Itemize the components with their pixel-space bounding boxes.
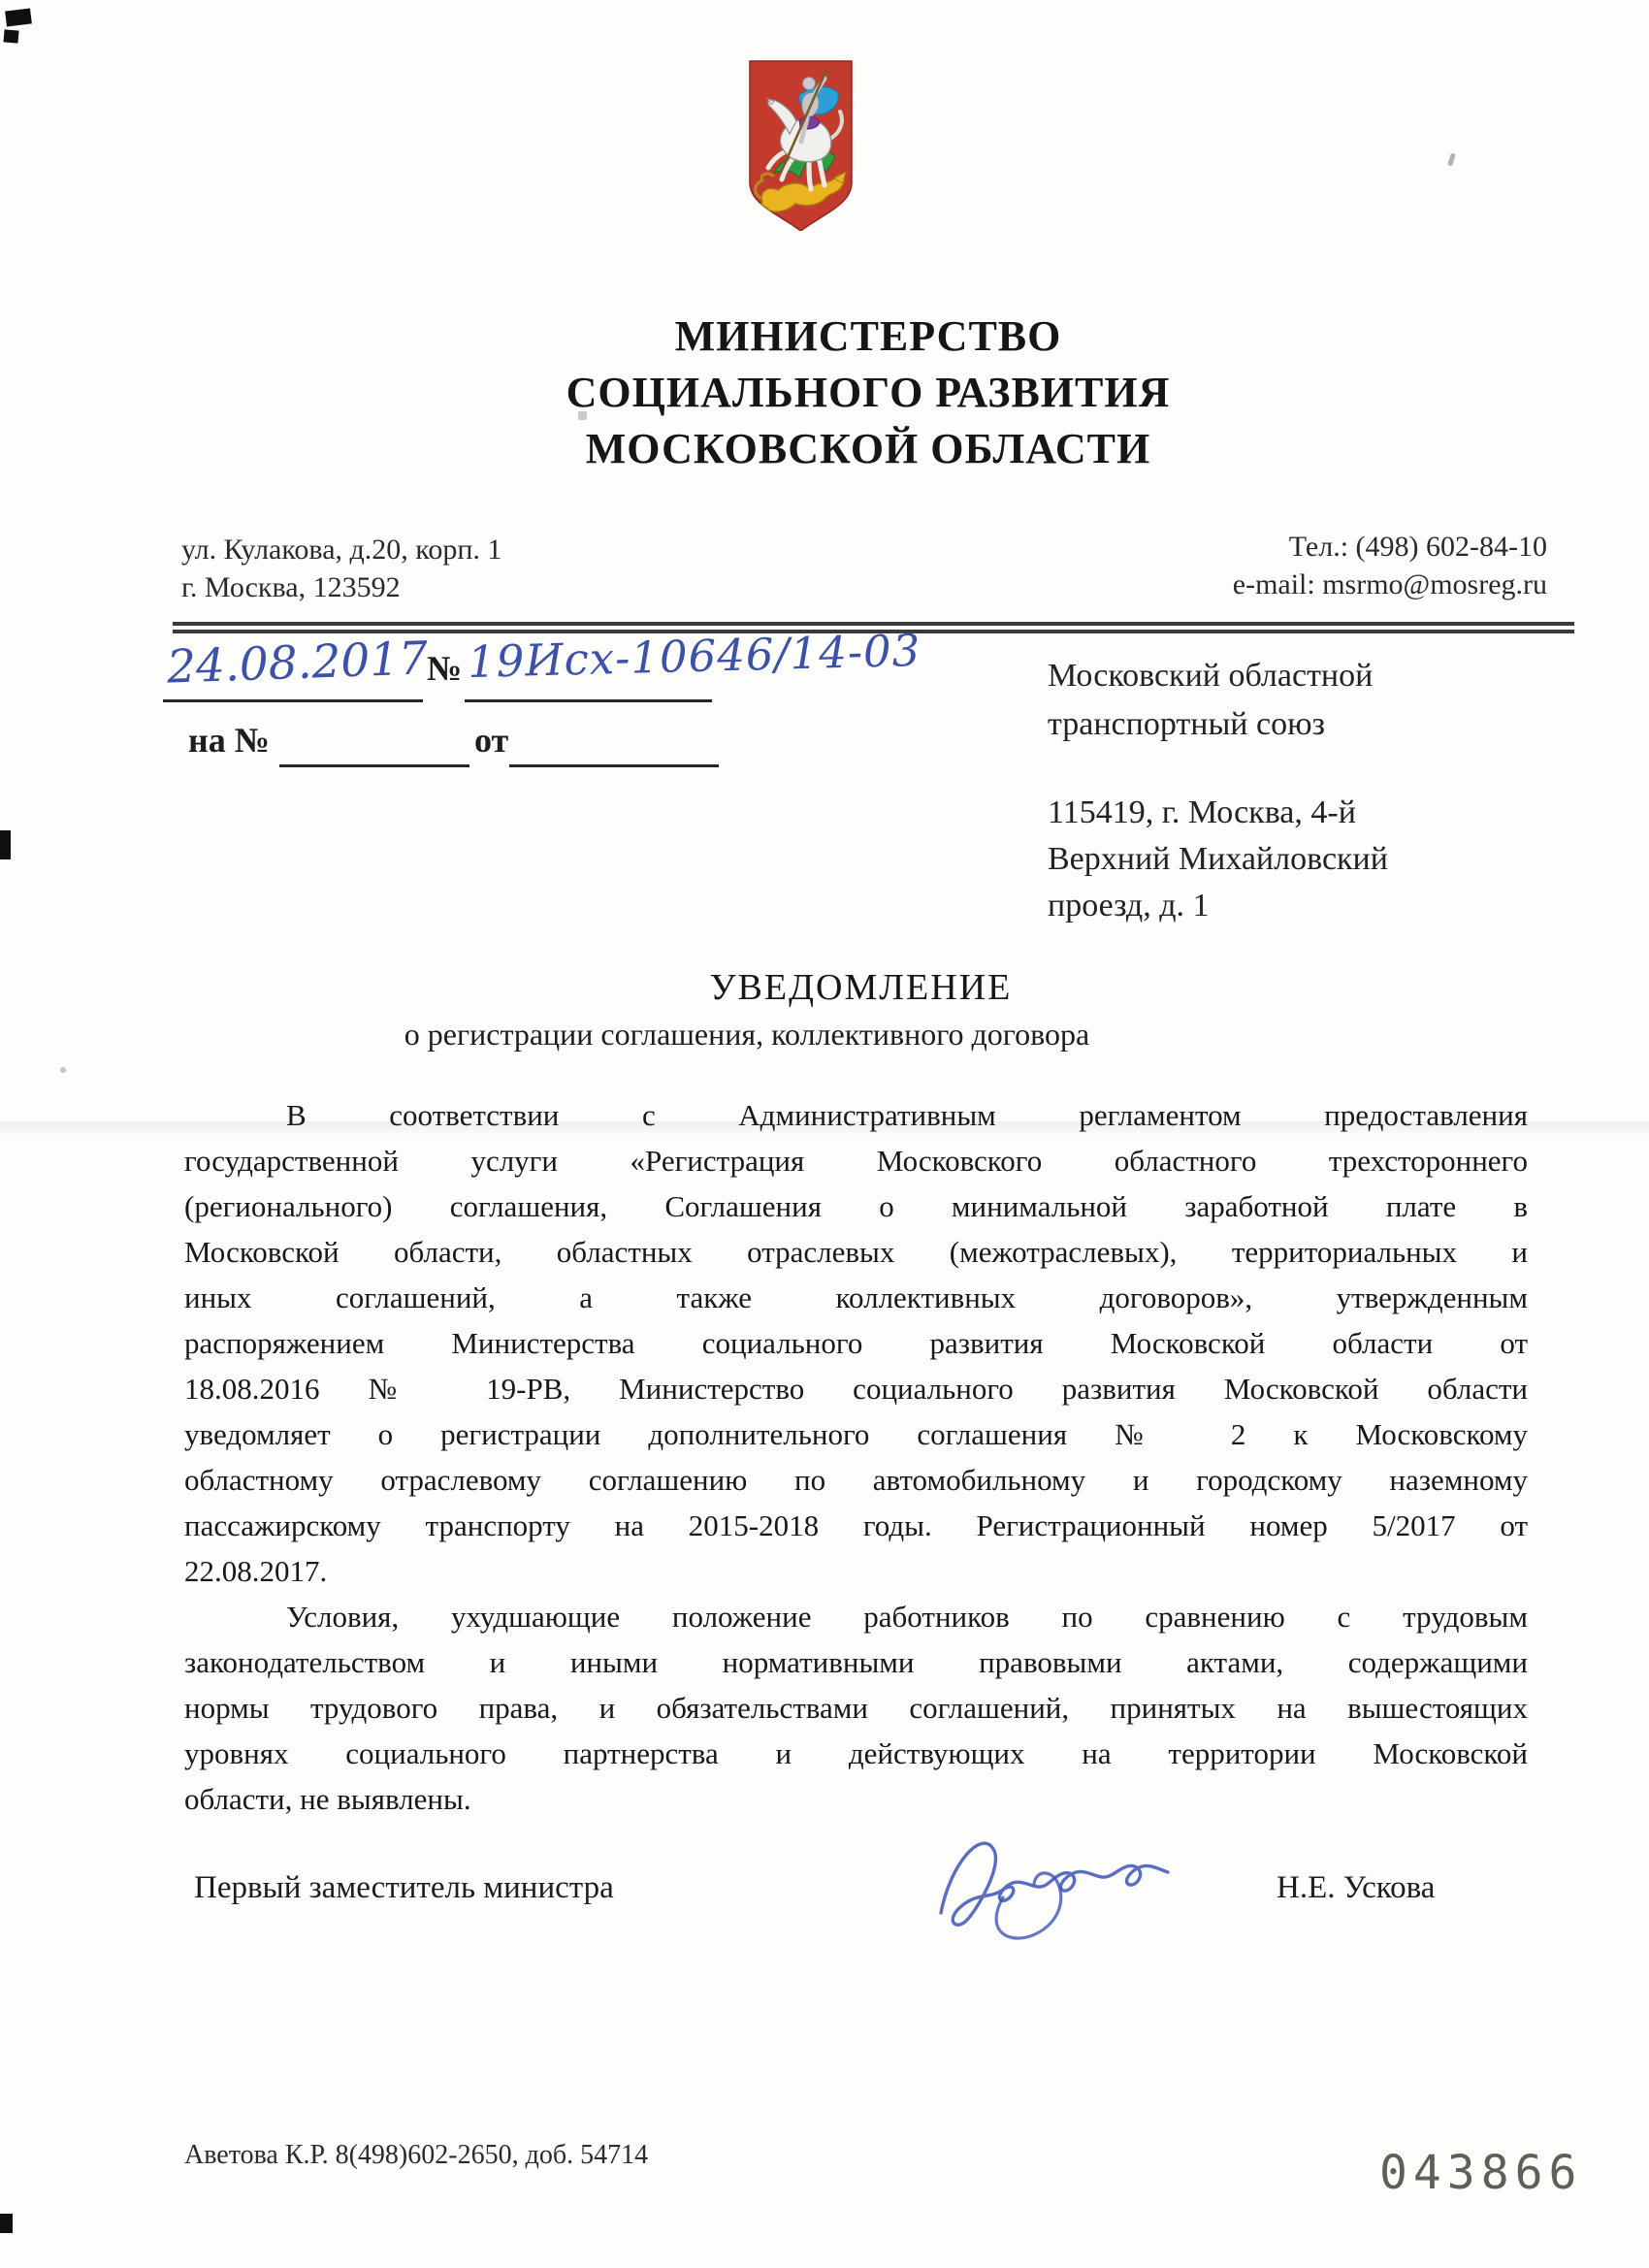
sender-address: ул. Кулакова, д.20, корп. 1 г. Москва, 1… (181, 531, 501, 606)
body-line: области, не выявлены. (184, 1776, 1528, 1822)
body-line: иных соглашений, а также коллективных до… (184, 1275, 1528, 1320)
handwritten-outgoing-number: 19Исх-10646/14-03 (467, 625, 921, 688)
body-line: уведомляет о регистрации дополнительного… (184, 1411, 1528, 1457)
sender-email: e-mail: msrmo@mosreg.ru (965, 566, 1547, 603)
body-line: Условия, ухудшающие положение работников… (184, 1594, 1528, 1639)
signer-name: Н.Е. Ускова (1277, 1870, 1435, 1906)
body-line: уровнях социального партнерства и действ… (184, 1731, 1528, 1776)
number-sign: № (427, 648, 462, 689)
body-line: В соответствии с Административным реглам… (184, 1092, 1528, 1138)
reply-date-blank (509, 764, 719, 767)
scanned-letter-page: МИНИСТЕРСТВО СОЦИАЛЬНОГО РАЗВИТИЯ МОСКОВ… (0, 0, 1649, 2268)
body-text: В соответствии с Административным реглам… (184, 1092, 1528, 1822)
recipient-address-line: 115419, г. Москва, 4-й (1048, 790, 1388, 836)
scan-speck (60, 1067, 66, 1073)
recipient-name-line: транспортный союз (1048, 700, 1373, 749)
body-line: (регионального) соглашения, Соглашения о… (184, 1183, 1528, 1229)
recipient-address: 115419, г. Москва, 4-й Верхний Михайловс… (1048, 790, 1388, 929)
recipient-name: Московский областной транспортный союз (1048, 652, 1373, 749)
ministry-line: СОЦИАЛЬНОГО РАЗВИТИЯ (383, 365, 1353, 421)
ministry-line: МОСКОВСКОЙ ОБЛАСТИ (383, 421, 1353, 477)
recipient-name-line: Московский областной (1048, 652, 1373, 700)
body-line: нормы трудового права, и обязательствами… (184, 1685, 1528, 1731)
signature-autograph-icon (921, 1816, 1203, 1947)
reply-number-blank (279, 764, 469, 767)
scan-artifact (5, 8, 32, 26)
body-line: 18.08.2016 № 19-РВ, Министерство социаль… (184, 1366, 1528, 1411)
body-line: Московской области, областных отраслевых… (184, 1229, 1528, 1275)
sender-phone: Тел.: (498) 602-84-10 (965, 528, 1547, 566)
body-line: распоряжением Министерства социального р… (184, 1320, 1528, 1366)
scan-artifact (0, 830, 11, 859)
document-subtitle: о регистрации соглашения, коллективного … (310, 1017, 1183, 1053)
scan-speck (1447, 153, 1456, 167)
number-underline (465, 699, 712, 702)
sender-contacts: Тел.: (498) 602-84-10 e-mail: msrmo@mosr… (965, 528, 1547, 603)
recipient-address-line: проезд, д. 1 (1048, 883, 1388, 929)
sender-street: ул. Кулакова, д.20, корп. 1 (181, 531, 501, 568)
document-title: УВЕДОМЛЕНИЕ (582, 966, 1140, 1009)
body-line: областному отраслевому соглашению по авт… (184, 1457, 1528, 1503)
scan-artifact (3, 29, 18, 43)
reply-from-label: от (474, 720, 508, 761)
ministry-line: МИНИСТЕРСТВО (383, 308, 1353, 365)
date-underline (163, 699, 423, 702)
body-line: законодательством и иными нормативными п… (184, 1639, 1528, 1685)
registration-stamp-number: 043866 (1379, 2146, 1582, 2200)
ministry-name: МИНИСТЕРСТВО СОЦИАЛЬНОГО РАЗВИТИЯ МОСКОВ… (383, 308, 1353, 477)
signer-position: Первый заместитель министра (194, 1870, 614, 1906)
handwritten-date: 24.08.2017 (166, 632, 429, 694)
body-line: 22.08.2017. (184, 1548, 1528, 1594)
scan-artifact (0, 2214, 13, 2233)
body-line: пассажирскому транспорту на 2015-2018 го… (184, 1503, 1528, 1548)
recipient-address-line: Верхний Михайловский (1048, 836, 1388, 883)
coat-of-arms-icon (745, 58, 857, 231)
reply-to-number-label: на № (188, 720, 270, 761)
executor-contact: Аветова К.Р. 8(498)602-2650, доб. 54714 (184, 2140, 648, 2171)
sender-city: г. Москва, 123592 (181, 568, 501, 606)
body-line: государственной услуги «Регистрация Моск… (184, 1138, 1528, 1183)
